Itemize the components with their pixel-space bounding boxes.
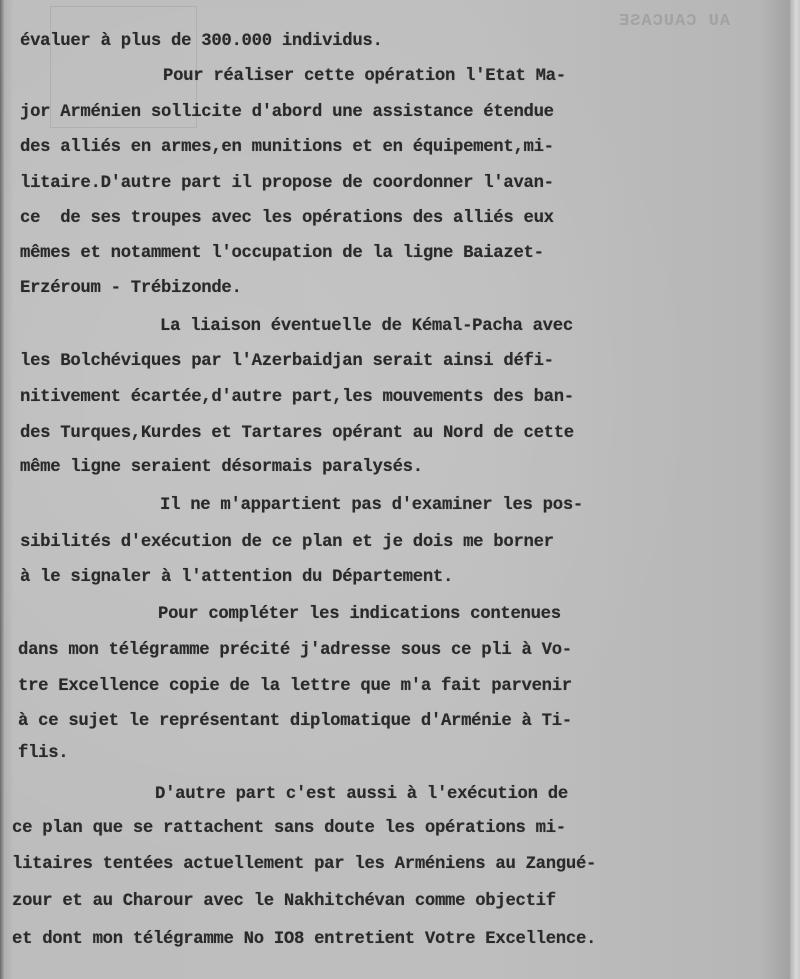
text-line: Pour compléter les indications contenues <box>158 605 561 625</box>
text-line: des Turques,Kurdes et Tartares opérant a… <box>20 424 574 444</box>
bleed-through-heading: AU CAUCASE <box>618 12 730 31</box>
text-line: Erzéroum - Trébizonde. <box>20 279 242 299</box>
text-line: mêmes et notamment l'occupation de la li… <box>20 244 544 264</box>
text-line: évaluer à plus de 300.000 individus. <box>20 32 383 52</box>
text-line: nitivement écartée,d'autre part,les mouv… <box>20 388 574 408</box>
page-left-edge <box>0 0 4 979</box>
text-line: tre Excellence copie de la lettre que m'… <box>18 677 572 697</box>
scanned-page: AU CAUCASE évaluer à plus de 300.000 ind… <box>0 0 800 979</box>
text-line: à le signaler à l'attention du Départeme… <box>20 568 453 588</box>
page-right-edge <box>790 0 800 979</box>
text-line: Il ne m'appartient pas d'examiner les po… <box>160 496 583 516</box>
text-line: dans mon télégramme précité j'adresse so… <box>18 641 572 661</box>
text-line: Pour réaliser cette opération l'Etat Ma- <box>163 67 566 87</box>
text-line: à ce sujet le représentant diplomatique … <box>18 712 572 732</box>
text-line: et dont mon télégramme No IO8 entretient… <box>12 930 596 950</box>
text-line: sibilités d'exécution de ce plan et je d… <box>20 533 554 553</box>
text-line: des alliés en armes,en munitions et en é… <box>20 138 554 158</box>
text-line: jor Arménien sollicite d'abord une assis… <box>20 103 554 123</box>
text-line: les Bolchéviques par l'Azerbaidjan serai… <box>20 352 554 372</box>
text-line: ce de ses troupes avec les opérations de… <box>20 209 554 229</box>
text-line: zour et au Charour avec le Nakhitchévan … <box>12 892 556 912</box>
text-line: même ligne seraient désormais paralysés. <box>20 458 423 478</box>
text-line: flis. <box>18 744 68 764</box>
text-line: La liaison éventuelle de Kémal-Pacha ave… <box>160 317 573 337</box>
text-line: litaire.D'autre part il propose de coord… <box>20 174 554 194</box>
text-line: D'autre part c'est aussi à l'exécution d… <box>155 785 568 805</box>
text-line: ce plan que se rattachent sans doute les… <box>12 819 566 839</box>
text-line: litaires tentées actuellement par les Ar… <box>12 855 596 875</box>
